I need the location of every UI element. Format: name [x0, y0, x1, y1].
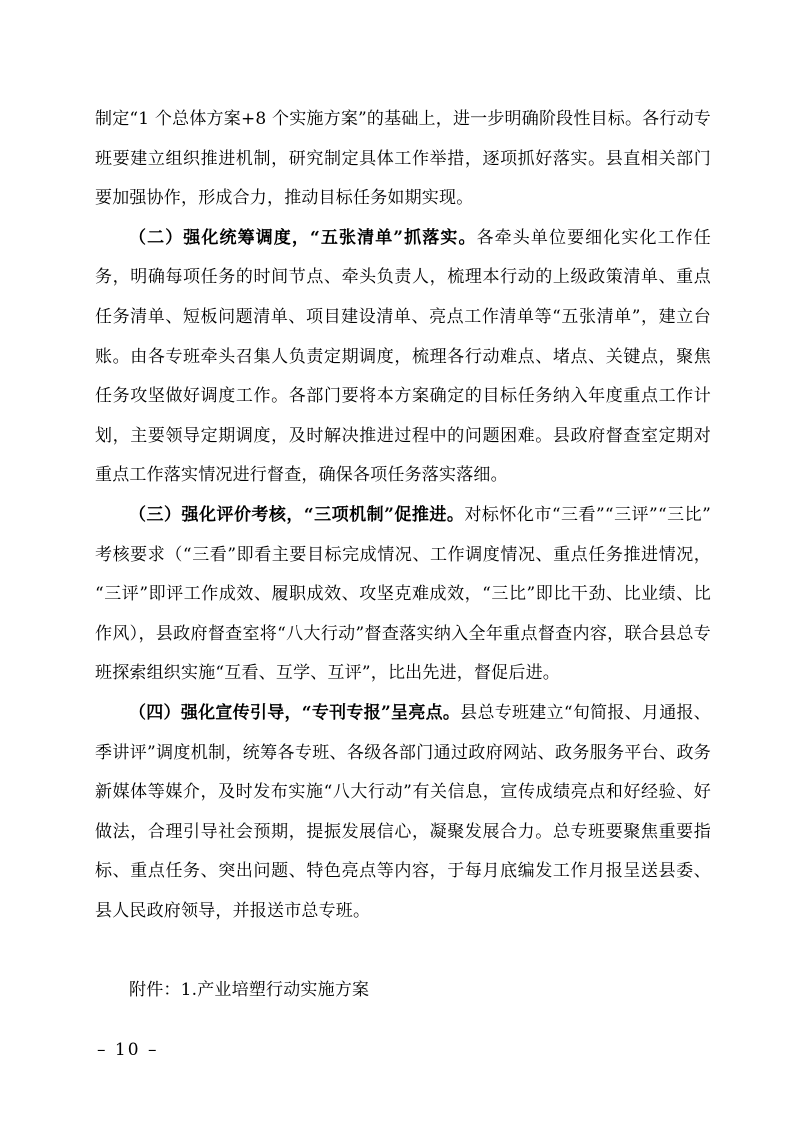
paragraph-continuation: 制定“1 个总体方案+8 个实施方案”的基础上，进一步明确阶段性目标。各行动专班… [95, 100, 711, 219]
attachment-line: 附件：1.产业培塑行动实施方案 [95, 971, 711, 1011]
paragraph-section-4: （四）强化宣传引导，“专刊专报”呈亮点。县总专班建立“旬简报、月通报、季讲评”调… [95, 694, 711, 932]
section-3-text: 对标怀化市“三看”“三评”“三比”考核要求（“三看”即看主要目标完成情况、工作调… [95, 505, 711, 683]
document-body: 制定“1 个总体方案+8 个实施方案”的基础上，进一步明确阶段性目标。各行动专班… [95, 100, 711, 1011]
section-4-text: 县总专班建立“旬简报、月通报、季讲评”调度机制，统筹各专班、各级各部门通过政府网… [95, 703, 711, 921]
page-number: – 10 – [97, 1038, 158, 1062]
paragraph-section-2: （二）强化统筹调度，“五张清单”抓落实。各牵头单位要细化实化工作任务，明确每项任… [95, 219, 711, 496]
paragraph-section-3: （三）强化评价考核，“三项机制”促推进。对标怀化市“三看”“三评”“三比”考核要… [95, 496, 711, 694]
section-4-heading: （四）强化宣传引导，“专刊专报”呈亮点。 [129, 703, 460, 723]
section-3-heading: （三）强化评价考核，“三项机制”促推进。 [129, 505, 464, 525]
section-2-heading: （二）强化统筹调度，“五张清单”抓落实。 [129, 228, 477, 248]
document-page: 制定“1 个总体方案+8 个实施方案”的基础上，进一步明确阶段性目标。各行动专班… [0, 0, 793, 1122]
section-2-text: 各牵头单位要细化实化工作任务，明确每项任务的时间节点、牵头负责人，梳理本行动的上… [95, 228, 711, 486]
